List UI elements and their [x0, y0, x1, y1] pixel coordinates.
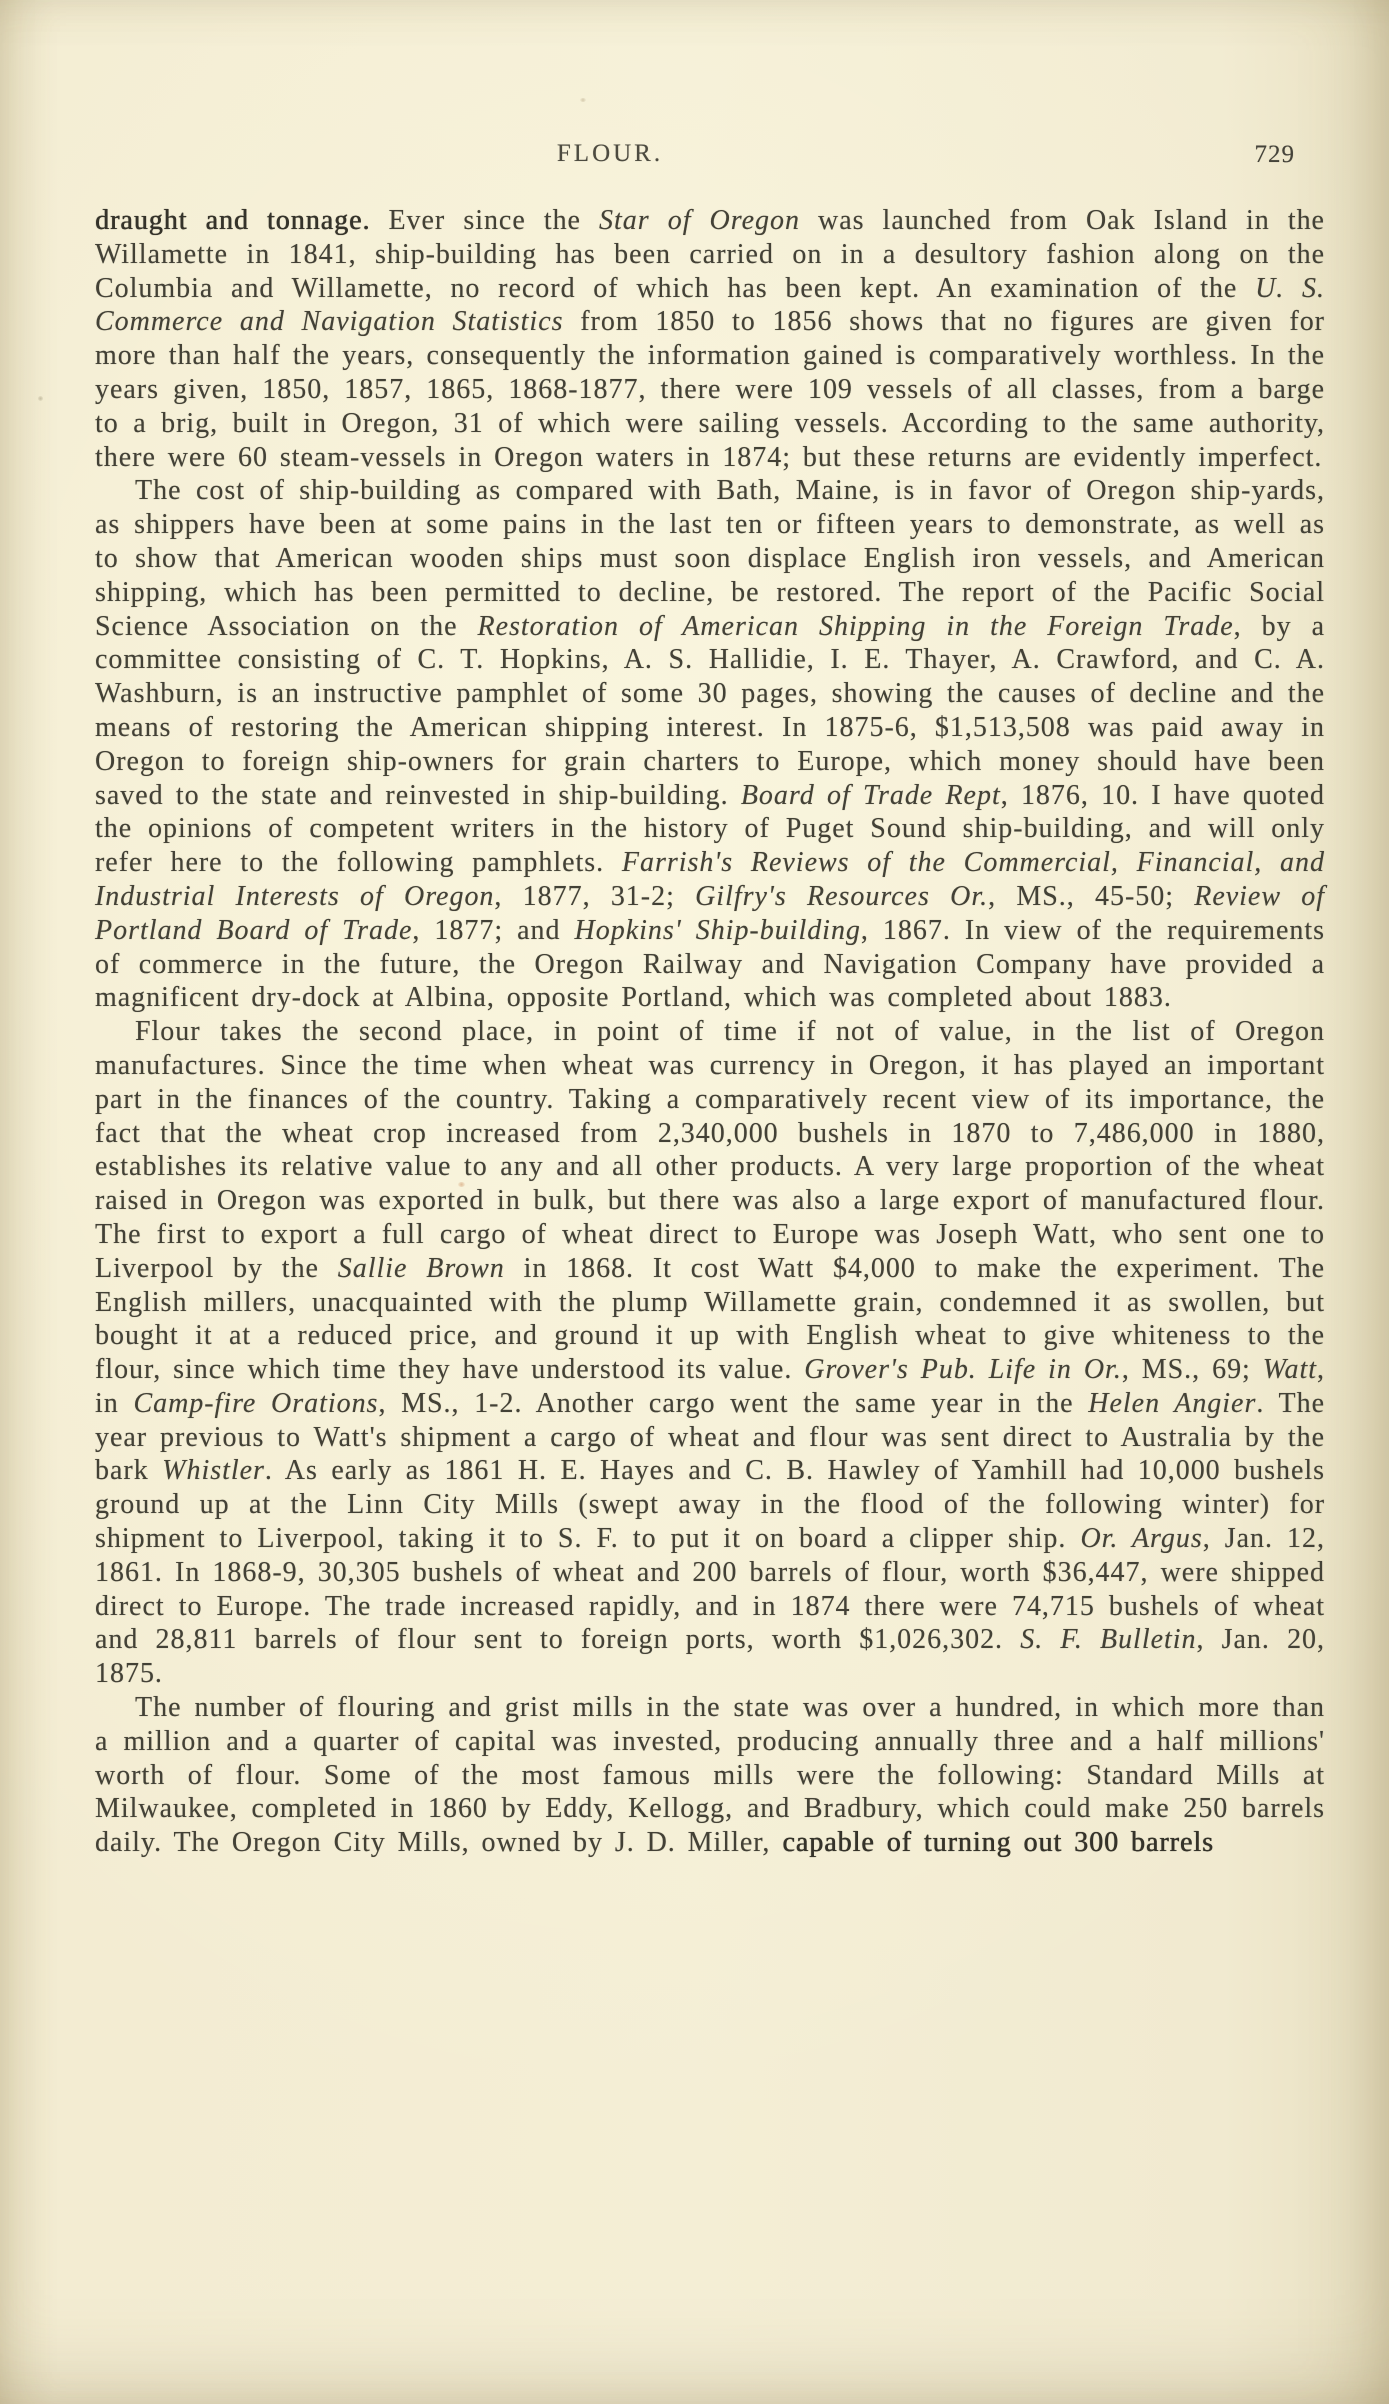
- heavy-text: capable of turning out 300 barrels: [782, 1827, 1214, 1858]
- italic-text: S. F. Bulletin: [1020, 1624, 1196, 1655]
- italic-text: Restoration of American Shipping in the …: [478, 611, 1234, 642]
- italic-text: Board of Trade Rept: [741, 780, 1001, 811]
- text-run: , 1877, 31-2;: [494, 881, 695, 912]
- book-page-scan: FLOUR. 729 draught and tonnage. Ever sin…: [0, 0, 1389, 2404]
- scan-speck: [580, 98, 586, 102]
- running-head: FLOUR. 729: [95, 140, 1325, 180]
- paragraph: The number of flouring and grist mills i…: [95, 1691, 1325, 1860]
- italic-text: Gilfry's Resources Or.: [695, 881, 988, 912]
- page-number: 729: [1255, 141, 1296, 169]
- text-run: , MS., 45-50;: [988, 881, 1194, 912]
- page-title: FLOUR.: [557, 140, 663, 168]
- text-run: , MS., 69;: [1122, 1354, 1263, 1385]
- italic-text: Camp-fire Orations: [133, 1388, 378, 1419]
- paragraph: Flour takes the second place, in point o…: [95, 1015, 1325, 1691]
- scan-speck: [38, 396, 43, 401]
- page-body: draught and tonnage. Ever since the Star…: [95, 204, 1325, 1860]
- text-run: , MS., 1-2. Another cargo went the same …: [378, 1388, 1088, 1419]
- italic-text: Or. Argus: [1080, 1523, 1202, 1554]
- paragraph: The cost of ship-building as compared wi…: [95, 474, 1325, 1015]
- italic-text: Whistler: [162, 1455, 265, 1486]
- italic-text: Watt: [1263, 1354, 1317, 1385]
- italic-text: Star of Oregon: [599, 205, 800, 236]
- italic-text: Grover's Pub. Life in Or.: [804, 1354, 1122, 1385]
- italic-text: Helen Angier: [1088, 1388, 1256, 1419]
- heavy-text: draught and tonnage.: [95, 205, 370, 236]
- text-run: Flour takes the second place, in point o…: [95, 1016, 1325, 1284]
- italic-text: Hopkins' Ship-building: [575, 915, 861, 946]
- text-run: Ever since the: [370, 205, 599, 236]
- italic-text: Sallie Brown: [338, 1253, 505, 1284]
- text-run: , 1877; and: [412, 915, 574, 946]
- paragraph: draught and tonnage. Ever since the Star…: [95, 204, 1325, 474]
